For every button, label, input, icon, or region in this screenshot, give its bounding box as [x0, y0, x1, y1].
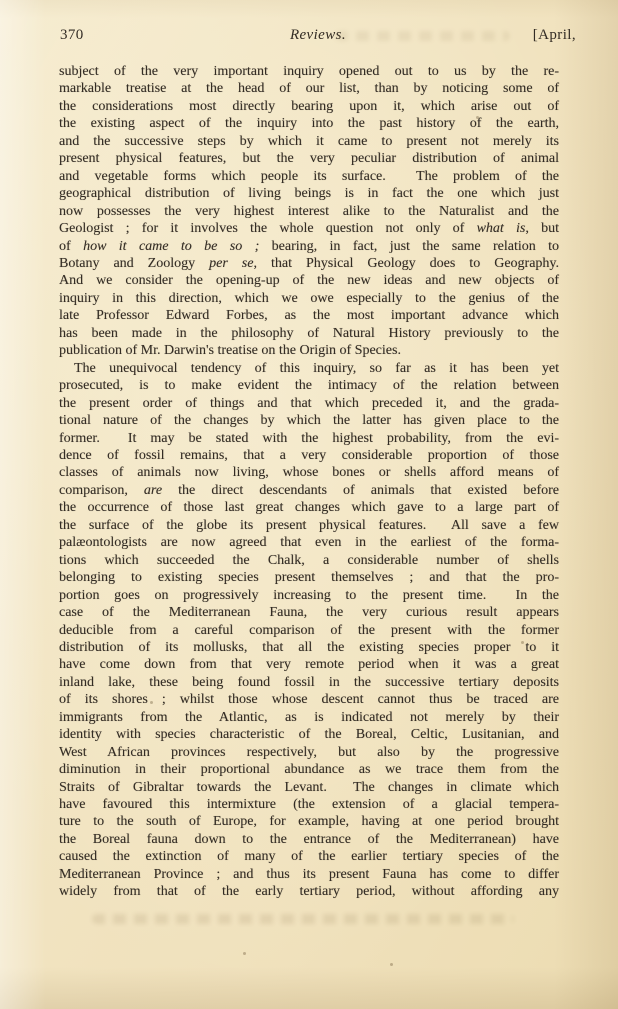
text-span: bearing, in fact, just the same relation… [259, 239, 559, 254]
text-span: now possesses the very highest interest … [59, 204, 559, 219]
text-span: geographical distribution of living bein… [59, 186, 559, 201]
text-span: portion goes on progressively increasing… [59, 588, 559, 603]
paper-speck [390, 963, 393, 966]
text-span: tional nature of the changes by which th… [59, 413, 559, 428]
text-span: and vegetable forms which people its sur… [59, 169, 559, 184]
text-span: the existing aspect of the inquiry into … [59, 116, 559, 131]
text-span: caused the extinction of many of the ear… [59, 849, 559, 864]
text-line: of its shores ; whilst those whose desce… [59, 691, 559, 708]
text-line: now possesses the very highest interest … [59, 203, 559, 220]
text-span: late Professor Edward Forbes, as the mos… [59, 308, 559, 323]
text-span: of [59, 239, 83, 254]
text-span: , but [525, 221, 559, 236]
text-span: Botany and Zoology [59, 256, 209, 271]
text-line: belonging to existing species present th… [59, 569, 559, 586]
text-line: the surface of the globe its present phy… [59, 517, 559, 534]
text-span: palæontologists are now agreed that even… [59, 535, 559, 550]
text-span: dence of fossil remains, that a very con… [59, 448, 559, 463]
text-span: ture to the south of Europe, for example… [59, 814, 559, 829]
text-line: prosecuted, is to make evident the intim… [59, 377, 559, 394]
text-line: the occurrence of those last great chang… [59, 499, 559, 516]
text-line: late Professor Edward Forbes, as the mos… [59, 307, 559, 324]
text-line: and vegetable forms which people its sur… [59, 168, 559, 185]
text-line: dence of fossil remains, that a very con… [59, 447, 559, 464]
text-line: classes of animals now living, whose bon… [59, 464, 559, 481]
text-span: former. It may be stated with the highes… [59, 431, 559, 446]
text-span: classes of animals now living, whose bon… [59, 465, 559, 480]
text-line: the Boreal fauna down to the entrance of… [59, 831, 559, 848]
text-line: present physical features, but the very … [59, 150, 559, 167]
show-through-smudge [335, 31, 510, 41]
text-span: the occurrence of those last great chang… [59, 500, 559, 515]
text-line: widely from that of the early tertiary p… [59, 883, 559, 900]
text-span: The unequivocal tendency of this inquiry… [74, 361, 559, 376]
issue-date-label: [April, [533, 27, 576, 44]
text-line: comparison, are the direct descendants o… [59, 482, 559, 499]
text-line: of how it came to be so ; bearing, in fa… [59, 238, 559, 255]
text-span: Straits of Gibraltar towards the Levant.… [59, 780, 559, 795]
text-span: inquiry in this direction, which we owe … [59, 291, 559, 306]
text-line: former. It may be stated with the highes… [59, 430, 559, 447]
text-span: have favoured this intermixture (the ext… [59, 797, 559, 812]
text-span: the considerations most directly bearing… [59, 99, 559, 114]
text-line: the existing aspect of the inquiry into … [59, 115, 559, 132]
text-span: Mediterranean Province ; and thus its pr… [59, 867, 559, 882]
text-span: prosecuted, is to make evident the intim… [59, 378, 559, 393]
text-span: diminution in their proportional abundan… [59, 762, 559, 777]
text-span: present physical features, but the very … [59, 151, 559, 166]
italic-text-span: what is [477, 221, 526, 236]
text-line: inquiry in this direction, which we owe … [59, 290, 559, 307]
text-span: immigrants from the Atlantic, as is indi… [59, 710, 559, 725]
paper-speck [150, 701, 153, 704]
page-body-text: subject of the very important inquiry op… [59, 63, 559, 901]
page-number: 370 [60, 27, 84, 44]
text-span: Geologist ; for it involves the whole qu… [59, 221, 477, 236]
italic-text-span: per se [209, 256, 253, 271]
text-span: the Boreal fauna down to the entrance of… [59, 832, 559, 847]
text-span: subject of the very important inquiry op… [59, 64, 559, 79]
paper-speck [243, 952, 246, 955]
paper-speck [302, 522, 305, 525]
paper-speck [521, 641, 524, 644]
text-line: has been made in the philosophy of Natur… [59, 325, 559, 342]
text-span: the present order of things and that whi… [59, 396, 559, 411]
text-line: case of the Mediterranean Fauna, the ver… [59, 604, 559, 621]
text-span: comparison, [59, 483, 144, 498]
text-line: markable treatise at the head of our lis… [59, 80, 559, 97]
italic-text-span: are [144, 483, 162, 498]
text-line: tional nature of the changes by which th… [59, 412, 559, 429]
text-span: and the successive steps by which it cam… [59, 134, 559, 149]
text-span: And we consider the opening-up of the ne… [59, 273, 559, 288]
text-span: tions which succeeded the Chalk, a consi… [59, 553, 559, 568]
text-span: of its shores ; whilst those whose desce… [59, 692, 559, 707]
text-span: inland lake, these being found fossil in… [59, 675, 559, 690]
text-line: and the successive steps by which it cam… [59, 133, 559, 150]
text-line: portion goes on progressively increasing… [59, 587, 559, 604]
text-line: inland lake, these being found fossil in… [59, 674, 559, 691]
text-span: have come down from that very remote per… [59, 657, 559, 672]
text-line: tions which succeeded the Chalk, a consi… [59, 552, 559, 569]
text-line: immigrants from the Atlantic, as is indi… [59, 709, 559, 726]
text-line: diminution in their proportional abundan… [59, 761, 559, 778]
text-line: Geologist ; for it involves the whole qu… [59, 220, 559, 237]
text-line: Straits of Gibraltar towards the Levant.… [59, 779, 559, 796]
text-line: ture to the south of Europe, for example… [59, 813, 559, 830]
text-span: West African provinces respectively, but… [59, 745, 559, 760]
text-line: identity with species characteristic of … [59, 726, 559, 743]
text-span: widely from that of the early tertiary p… [59, 884, 559, 899]
text-span: publication of Mr. Darwin's treatise on … [59, 343, 401, 358]
text-line: deducible from a careful comparison of t… [59, 622, 559, 639]
text-span: , that Physical Geology does to Geograph… [253, 256, 559, 271]
text-line: Botany and Zoology per se, that Physical… [59, 255, 559, 272]
text-span: case of the Mediterranean Fauna, the ver… [59, 605, 559, 620]
text-line: publication of Mr. Darwin's treatise on … [59, 342, 559, 359]
text-line: geographical distribution of living bein… [59, 185, 559, 202]
text-span: the surface of the globe its present phy… [59, 518, 559, 533]
paper-speck [476, 116, 479, 119]
text-line: West African provinces respectively, but… [59, 744, 559, 761]
text-line: have favoured this intermixture (the ext… [59, 796, 559, 813]
italic-text-span: how it came to be so ; [83, 239, 259, 254]
text-span: belonging to existing species present th… [59, 570, 559, 585]
text-span: distribution of its mollusks, that all t… [59, 640, 559, 655]
text-line: caused the extinction of many of the ear… [59, 848, 559, 865]
text-line: have come down from that very remote per… [59, 656, 559, 673]
text-span: deducible from a careful comparison of t… [59, 623, 559, 638]
text-span: identity with species characteristic of … [59, 727, 559, 742]
text-line: The unequivocal tendency of this inquiry… [59, 360, 559, 377]
text-line: the present order of things and that whi… [59, 395, 559, 412]
text-line: distribution of its mollusks, that all t… [59, 639, 559, 656]
text-line: Mediterranean Province ; and thus its pr… [59, 866, 559, 883]
text-line: the considerations most directly bearing… [59, 98, 559, 115]
text-span: has been made in the philosophy of Natur… [59, 326, 559, 341]
text-line: And we consider the opening-up of the ne… [59, 272, 559, 289]
text-span: markable treatise at the head of our lis… [59, 81, 559, 96]
book-page: 370 Reviews. [April, subject of the very… [0, 0, 618, 1009]
text-line: subject of the very important inquiry op… [59, 63, 559, 80]
text-span: the direct descendants of animals that e… [162, 483, 559, 498]
text-line: palæontologists are now agreed that even… [59, 534, 559, 551]
show-through-smudge [92, 914, 514, 924]
